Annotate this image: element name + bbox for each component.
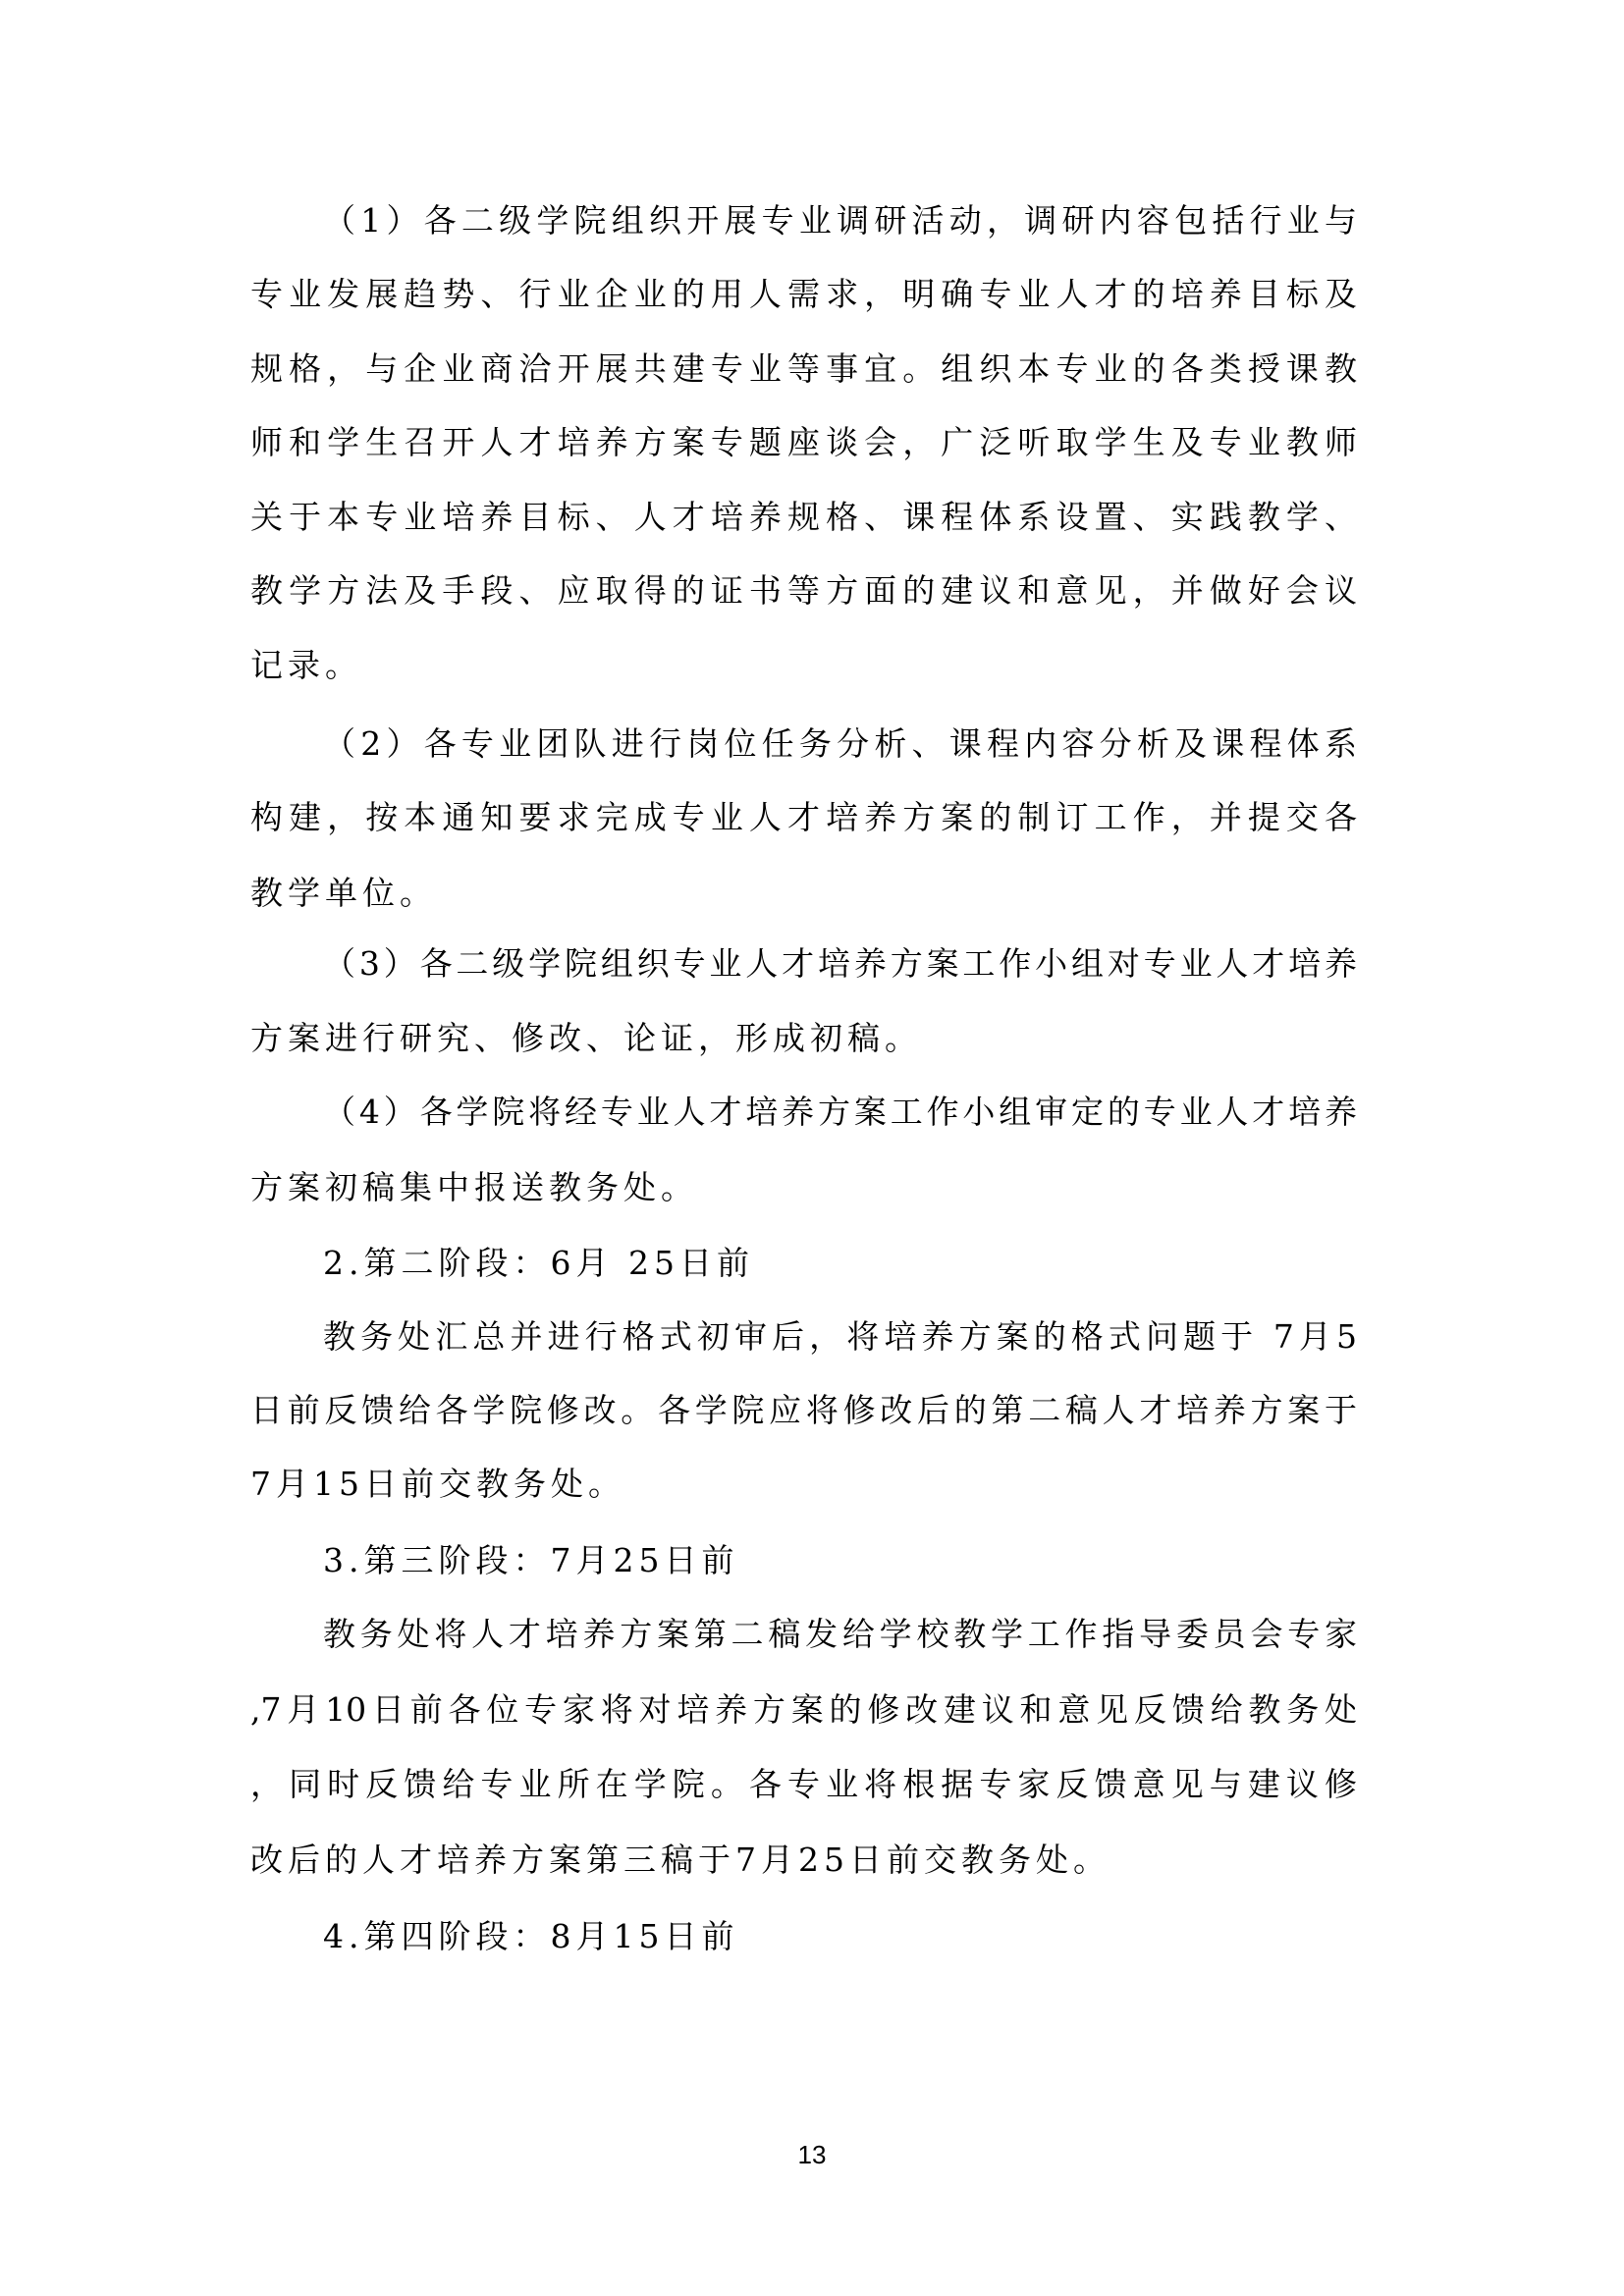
text-line: ，同时反馈给专业所在学院。各专业将根据专家反馈意见与建议修 [250, 1760, 1357, 1809]
text-line: 规格，与企业商洽开展共建专业等事宜。组织本专业的各类授课教 [250, 345, 1357, 394]
text-line: 构建，按本通知要求完成专业人才培养方案的制订工作，并提交各 [250, 793, 1357, 842]
section-heading-stage-2: 2.第二阶段：6月 25日前 [323, 1239, 1357, 1288]
text-line: 方案进行研究、修改、论证，形成初稿。 [250, 1014, 1357, 1063]
text-line: （2）各专业团队进行岗位任务分析、课程内容分析及课程体系 [323, 720, 1357, 769]
text-line: 日前反馈给各学院修改。各学院应将修改后的第二稿人才培养方案于 [250, 1386, 1357, 1435]
text-line: （1）各二级学院组织开展专业调研活动，调研内容包括行业与 [323, 196, 1357, 245]
document-page: （1）各二级学院组织开展专业调研活动，调研内容包括行业与 专业发展趋势、行业企业… [0, 0, 1624, 2296]
text-line: （3）各二级学院组织专业人才培养方案工作小组对专业人才培养 [323, 939, 1357, 988]
text-line: ,7月10日前各位专家将对培养方案的修改建议和意见反馈给教务处 [250, 1685, 1357, 1735]
text-line: 方案初稿集中报送教务处。 [250, 1163, 1357, 1212]
text-line: （4）各学院将经专业人才培养方案工作小组审定的专业人才培养 [323, 1088, 1357, 1137]
section-heading-stage-4: 4.第四阶段：8月15日前 [323, 1912, 1357, 1961]
text-line: 师和学生召开人才培养方案专题座谈会，广泛听取学生及专业教师 [250, 418, 1357, 467]
text-line: 教学方法及手段、应取得的证书等方面的建议和意见，并做好会议 [250, 566, 1357, 615]
text-line: 改后的人才培养方案第三稿于7月25日前交教务处。 [250, 1836, 1357, 1885]
section-heading-stage-3: 3.第三阶段：7月25日前 [323, 1536, 1357, 1585]
text-line: 记录。 [250, 641, 1357, 690]
text-line: 专业发展趋势、行业企业的用人需求，明确专业人才的培养目标及 [250, 270, 1357, 319]
text-line: 7月15日前交教务处。 [250, 1460, 1357, 1509]
text-line: 教务处将人才培养方案第二稿发给学校教学工作指导委员会专家 [323, 1610, 1357, 1659]
text-line: 教学单位。 [250, 869, 1357, 918]
text-line: 关于本专业培养目标、人才培养规格、课程体系设置、实践教学、 [250, 493, 1357, 542]
text-line: 教务处汇总并进行格式初审后，将培养方案的格式问题于 7月5 [323, 1312, 1357, 1362]
page-number: 13 [0, 2140, 1624, 2170]
